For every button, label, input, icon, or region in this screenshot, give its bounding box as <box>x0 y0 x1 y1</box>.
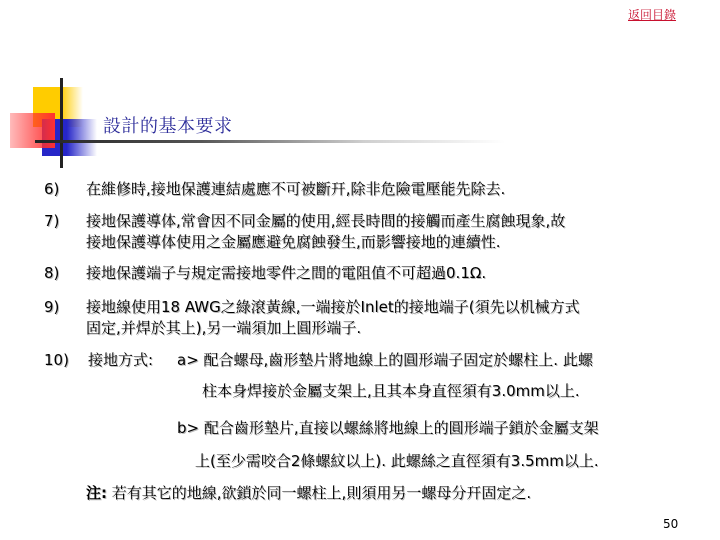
list-item-10: 10) 接地方式: a> 配合螺母,齒形墊片將地線上的圓形端子固定於螺柱上. 此… <box>0 350 720 470</box>
method-b-line2: 上(至少需咬合2條螺紋以上). 此螺絲之直徑須有3.5mm以上. <box>195 451 599 471</box>
item-text: 在維修時,接地保護連結處應不可被斷幵,除非危險電壓能先除去. <box>86 179 505 199</box>
page-number: 50 <box>663 517 678 531</box>
item-number: 7) <box>44 211 59 231</box>
note-text: 若有其它的地線,欲鎖於同一螺柱上,則須用另一螺母分幵固定之. <box>112 484 531 502</box>
item-text: 接地保護端子与規定需接地零件之間的電阻值不可超過0.1Ω. <box>86 263 486 283</box>
item-text: 接地保護導体,常會因不同金屬的使用,經長時間的接觸而產生腐蝕現象,故 <box>86 211 565 231</box>
method-a-line1: a> 配合螺母,齒形墊片將地線上的圓形端子固定於螺柱上. 此螺 <box>177 350 593 370</box>
note: 注: 若有其它的地線,欲鎖於同一螺柱上,則須用另一螺母分幵固定之. <box>86 483 531 503</box>
item-number: 6) <box>44 179 59 199</box>
vertical-line-decoration <box>60 78 63 168</box>
back-to-toc-link[interactable]: 返回目錄 <box>628 6 676 23</box>
title-underline-decoration <box>35 140 505 143</box>
method-a-line2: 柱本身焊接於金屬支架上,且其本身直徑須有3.0mm以上. <box>202 381 580 401</box>
item-number: 8) <box>44 263 59 283</box>
item-number: 10) <box>44 350 69 370</box>
item10-label: 接地方式: <box>88 350 153 370</box>
item-number: 9) <box>44 297 59 317</box>
slide-title: 設計的基本要求 <box>103 112 233 138</box>
method-b-line1: b> 配合齒形墊片,直接以螺絲將地線上的圓形端子鎖於金屬支架 <box>177 418 599 438</box>
item-text: 接地線使用18 AWG之綠滾黃線,一端接於Inlet的接地端子(須先以机械方式 <box>86 297 580 317</box>
item-text-cont: 接地保護導体使用之金屬應避免腐蝕發生,而影響接地的連續性. <box>86 232 501 252</box>
note-label: 注: <box>86 484 107 502</box>
item-text-cont: 固定,并焊於其上),另一端須加上圓形端子. <box>86 318 361 338</box>
